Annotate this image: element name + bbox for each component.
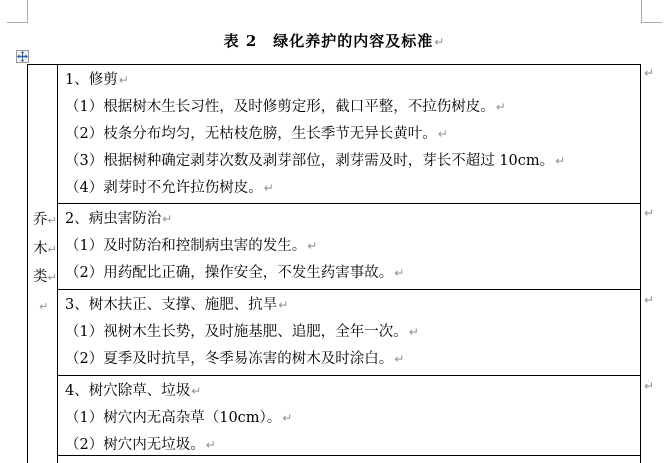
row-end-paragraph-mark: ↵ [644,206,654,220]
paragraph-mark: ↵ [39,300,48,313]
row-heading-text: 4、树穴除草、垃圾 [65,383,190,399]
paragraph-mark: ↵ [555,154,565,168]
margin-crop-mark-top-left [7,0,28,23]
row-item-text: （2）树穴内无垃圾。 [65,437,205,453]
row-item-line: （1）根据树木生长习性，及时修剪定形，截口平整，不拉伤树皮。↵ [65,94,636,121]
category-char-line: 乔↵ [28,206,57,235]
category-char-line: 类↵ [28,263,57,292]
row-heading-line: 1、修剪↵ [65,67,636,94]
paragraph-mark: ↵ [48,214,57,227]
table-row: 3、树木扶正、支撑、施肥、抗旱↵（1）视树木生长势，及时施基肥、追肥，全年一次。… [58,290,640,376]
paragraph-mark: ↵ [282,411,292,425]
row-item-line: （4）剥芽时不允许拉伤树皮。↵ [65,175,636,202]
category-empty-line: ↵ [28,292,57,321]
word-page: { "title": { "text": "表 2 绿化养护的内容及标准" },… [0,0,665,463]
paragraph-mark: ↵ [264,181,274,195]
paragraph-mark: ↵ [119,73,129,87]
paragraph-mark: ↵ [307,239,317,253]
table-title-text: 表 2 绿化养护的内容及标准 [224,32,434,50]
row-item-line: （2）枝条分布均匀，无枯枝危膀，生长季节无异长黄叶。↵ [65,121,636,148]
table-row-partial [58,456,640,463]
category-char: 乔 [33,212,48,228]
category-cell: 乔↵木↵类↵↵ [28,65,58,463]
category-label-block: 乔↵木↵类↵↵ [28,206,57,320]
table-row: 4、树穴除草、垃圾↵（1）树穴内无高杂草（10cm）。↵（2）树穴内无垃圾。↵ [58,376,640,456]
table-row: 1、修剪↵（1）根据树木生长习性，及时修剪定形，截口平整，不拉伤树皮。↵（2）枝… [58,65,640,204]
paragraph-mark: ↵ [48,243,57,256]
row-item-text: （1）及时防治和控制病虫害的发生。 [65,238,306,254]
row-item-line: （2）夏季及时抗旱，冬季易冻害的树木及时涂白。↵ [65,346,636,373]
content-rows: 1、修剪↵（1）根据树木生长习性，及时修剪定形，截口平整，不拉伤树皮。↵（2）枝… [58,65,640,463]
row-item-text: （2）用药配比正确，操作安全，不发生药害事故。 [65,265,393,281]
row-item-line: （2）用药配比正确，操作安全，不发生药害事故。↵ [65,260,636,287]
row-item-text: （1）根据树木生长习性，及时修剪定形，截口平整，不拉伤树皮。 [65,99,495,115]
move-icon [17,51,28,62]
margin-crop-mark-top-right [641,0,662,23]
row-heading-line: 4、树穴除草、垃圾↵ [65,378,636,405]
table-title: 表 2 绿化养护的内容及标准↵ [27,30,641,51]
row-item-text: （4）剥芽时不允许拉伤树皮。 [65,180,263,196]
paragraph-mark: ↵ [206,438,216,452]
maintenance-table: 乔↵木↵类↵↵ 1、修剪↵（1）根据树木生长习性，及时修剪定形，截口平整，不拉伤… [27,64,641,463]
paragraph-mark: ↵ [434,35,444,49]
row-item-text: （2）枝条分布均匀，无枯枝危膀，生长季节无异长黄叶。 [65,126,437,142]
row-item-line: （1）视树木生长势，及时施基肥、追肥，全年一次。↵ [65,319,636,346]
row-heading-line: 3、树木扶正、支撑、施肥、抗旱↵ [65,292,636,319]
row-heading-text: 2、病虫害防治 [65,211,161,227]
paragraph-mark: ↵ [394,352,404,366]
row-heading-text: 3、树木扶正、支撑、施肥、抗旱 [65,297,277,313]
row-item-text: （2）夏季及时抗旱，冬季易冻害的树木及时涂白。 [65,351,393,367]
row-heading-text: 1、修剪 [65,72,118,88]
row-end-paragraph-mark: ↵ [644,66,654,80]
paragraph-mark: ↵ [438,127,448,141]
row-end-paragraph-mark: ↵ [644,293,654,307]
row-item-line: （3）根据树种确定剥芽次数及剥芽部位，剥芽需及时，芽长不超过 10cm。↵ [65,148,636,175]
paragraph-mark: ↵ [162,212,172,226]
paragraph-mark: ↵ [48,271,57,284]
row-item-text: （1）视树木生长势，及时施基肥、追肥，全年一次。 [65,324,408,340]
paragraph-mark: ↵ [409,325,419,339]
paragraph-mark: ↵ [278,298,288,312]
row-item-line: （1）树穴内无高杂草（10cm）。↵ [65,405,636,432]
category-char: 类 [33,269,48,285]
category-char: 木 [33,241,48,257]
row-item-text: （1）树穴内无高杂草（10cm）。 [65,410,281,426]
category-char-line: 木↵ [28,235,57,264]
paragraph-mark: ↵ [496,100,506,114]
paragraph-mark: ↵ [191,384,201,398]
table-row: 2、病虫害防治↵（1）及时防治和控制病虫害的发生。↵（2）用药配比正确，操作安全… [58,204,640,290]
row-end-paragraph-mark: ↵ [644,379,654,393]
table-move-handle[interactable] [16,50,29,63]
row-item-line: （2）树穴内无垃圾。↵ [65,432,636,456]
row-heading-line: 2、病虫害防治↵ [65,206,636,233]
row-item-line: （1）及时防治和控制病虫害的发生。↵ [65,233,636,260]
row-item-text: （3）根据树种确定剥芽次数及剥芽部位，剥芽需及时，芽长不超过 10cm。 [65,153,554,169]
paragraph-mark: ↵ [394,266,404,280]
